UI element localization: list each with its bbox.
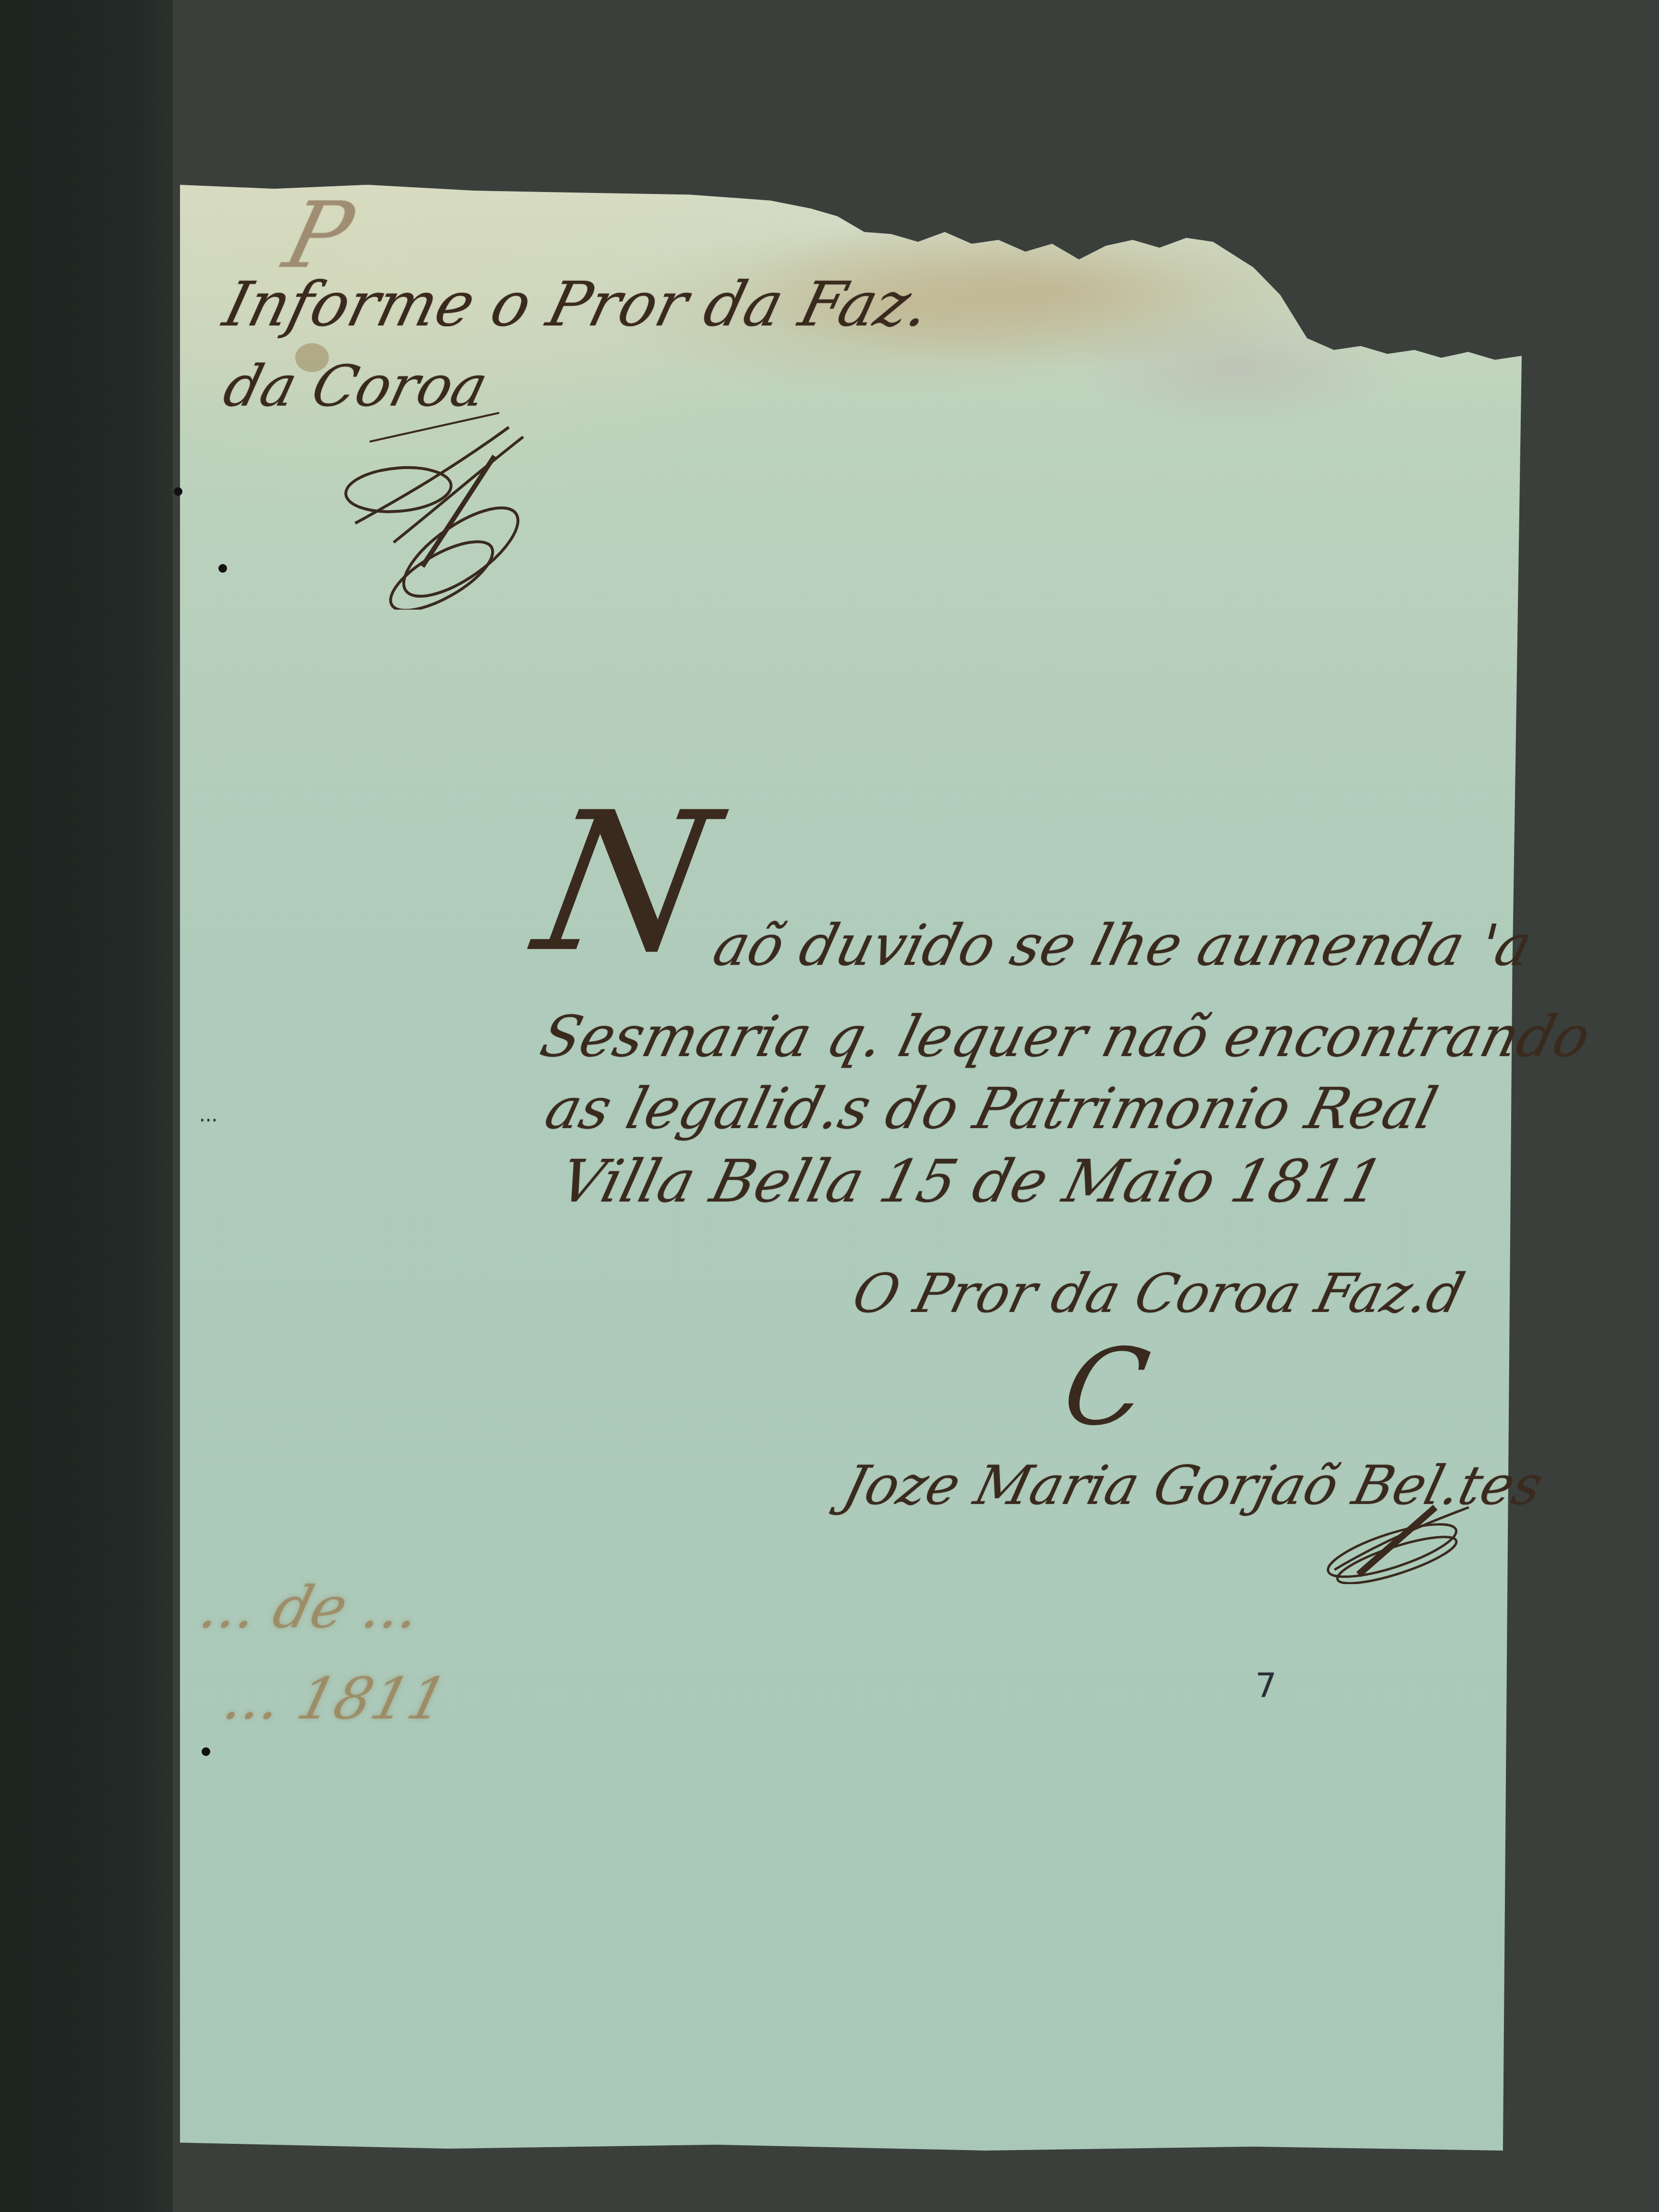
mounting-board-left — [0, 0, 173, 2212]
faded-annotation-line1: ... de ... — [193, 1575, 428, 1641]
margin-marks: ... — [199, 1104, 217, 1126]
signature-rubric-icon — [1315, 1488, 1474, 1584]
marginal-note-line1: Informe o Pror da Faz. — [216, 269, 937, 340]
scan-stage: P Informe o Pror da Faz. da Coroa N aõ d… — [0, 0, 1659, 2212]
signature-title-line: O Pror da Coroa Faz.d — [847, 1262, 1470, 1325]
binding-hole-dot — [174, 487, 182, 496]
body-drop-cap: N — [526, 787, 728, 979]
faded-annotation-line2: ... 1811 — [217, 1666, 454, 1732]
folio-number-mark: 7 — [1255, 1666, 1277, 1705]
binding-hole-dot — [218, 564, 227, 573]
body-date-line: Villa Bella 15 de Maio 1811 — [553, 1147, 1390, 1215]
body-line-3: as legalid.s do Patrimonio Real — [539, 1075, 1444, 1142]
body-line-1: aõ duvido se lhe aumenda 'a — [707, 912, 1539, 978]
body-line-2: Sesmaria q. lequer naõ encontrando — [534, 1003, 1597, 1070]
binding-hole-dot — [202, 1747, 210, 1756]
rubric-flourish-icon — [336, 408, 538, 610]
